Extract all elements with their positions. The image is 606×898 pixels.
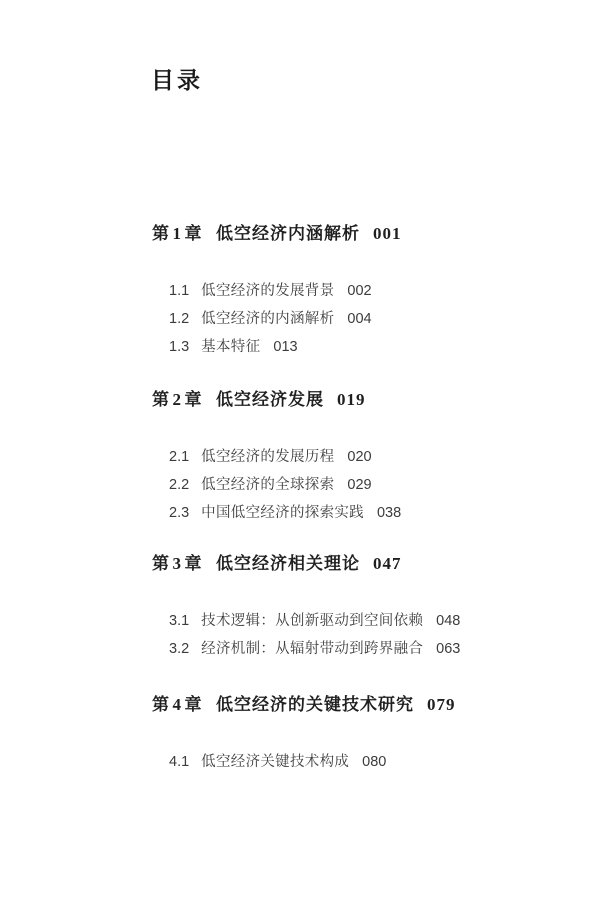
page-title: 目录 xyxy=(0,0,606,96)
toc-item-title: 低空经济的内涵解析 xyxy=(201,311,334,327)
toc-item-number: 1.2 xyxy=(169,305,189,333)
chapter-prefix: 第 xyxy=(152,554,170,573)
toc-item-title: 基本特征 xyxy=(201,339,260,355)
toc-item-number: 2.3 xyxy=(169,499,189,527)
chapter-page-number: 001 xyxy=(373,224,402,243)
chapter-suffix: 章 xyxy=(185,390,203,409)
toc-item: 1.2低空经济的内涵解析004 xyxy=(169,305,606,333)
chapter-prefix: 第 xyxy=(152,224,170,243)
toc-item: 1.1低空经济的发展背景002 xyxy=(169,277,606,305)
toc-item-page: 038 xyxy=(377,505,401,521)
chapter-title: 低空经济内涵解析 xyxy=(216,224,360,243)
toc-item: 4.1低空经济关键技术构成080 xyxy=(169,748,606,776)
toc-item-title: 技术逻辑：从创新驱动到空间依赖 xyxy=(201,613,423,629)
toc-item-page: 063 xyxy=(436,641,460,657)
toc-item-number: 2.1 xyxy=(169,443,189,471)
toc-item-title: 低空经济的发展背景 xyxy=(201,283,334,299)
chapter-heading: 第3章低空经济相关理论047 xyxy=(152,551,606,577)
toc-item-page: 020 xyxy=(347,449,371,465)
toc-item-number: 1.3 xyxy=(169,333,189,361)
chapter-items: 2.1低空经济的发展历程020 2.2低空经济的全球探索029 2.3中国低空经… xyxy=(0,443,606,527)
chapter-suffix: 章 xyxy=(185,554,203,573)
toc-item-page: 002 xyxy=(347,283,371,299)
toc-item: 3.2经济机制：从辐射带动到跨界融合063 xyxy=(169,635,606,663)
toc-item: 2.1低空经济的发展历程020 xyxy=(169,443,606,471)
toc-item-page: 080 xyxy=(362,754,386,770)
chapter-suffix: 章 xyxy=(185,224,203,243)
chapter-number: 2 xyxy=(170,390,185,409)
chapter-page-number: 079 xyxy=(427,695,456,714)
chapter-page-number: 047 xyxy=(373,554,402,573)
toc-chapter: 第1章低空经济内涵解析001 1.1低空经济的发展背景002 1.2低空经济的内… xyxy=(0,221,606,361)
toc-item-page: 004 xyxy=(347,311,371,327)
chapter-label: 第1章 xyxy=(152,221,202,247)
chapter-number: 1 xyxy=(170,224,185,243)
toc-item-page: 013 xyxy=(273,339,297,355)
toc-chapter: 第2章低空经济发展019 2.1低空经济的发展历程020 2.2低空经济的全球探… xyxy=(0,387,606,527)
toc-item-title: 经济机制：从辐射带动到跨界融合 xyxy=(201,641,423,657)
chapter-title: 低空经济相关理论 xyxy=(216,554,360,573)
chapter-title: 低空经济的关键技术研究 xyxy=(216,695,414,714)
chapter-label: 第2章 xyxy=(152,387,202,413)
toc-chapter: 第3章低空经济相关理论047 3.1技术逻辑：从创新驱动到空间依赖048 3.2… xyxy=(0,551,606,663)
chapter-prefix: 第 xyxy=(152,695,170,714)
toc-item-title: 低空经济关键技术构成 xyxy=(201,754,349,770)
chapter-title: 低空经济发展 xyxy=(216,390,324,409)
toc-chapter: 第4章低空经济的关键技术研究079 4.1低空经济关键技术构成080 xyxy=(0,692,606,776)
chapter-heading: 第4章低空经济的关键技术研究079 xyxy=(152,692,606,718)
toc-page: 目录 第1章低空经济内涵解析001 1.1低空经济的发展背景002 1.2低空经… xyxy=(0,0,606,898)
chapter-suffix: 章 xyxy=(185,695,203,714)
toc-item-title: 中国低空经济的探索实践 xyxy=(201,505,364,521)
toc-item-number: 1.1 xyxy=(169,277,189,305)
chapter-label: 第4章 xyxy=(152,692,202,718)
toc-item-number: 3.1 xyxy=(169,607,189,635)
chapter-page-number: 019 xyxy=(337,390,366,409)
chapter-prefix: 第 xyxy=(152,390,170,409)
toc-item-title: 低空经济的发展历程 xyxy=(201,449,334,465)
chapter-items: 1.1低空经济的发展背景002 1.2低空经济的内涵解析004 1.3基本特征0… xyxy=(0,277,606,361)
toc-item-number: 2.2 xyxy=(169,471,189,499)
toc-item-page: 048 xyxy=(436,613,460,629)
chapter-heading: 第2章低空经济发展019 xyxy=(152,387,606,413)
chapter-label: 第3章 xyxy=(152,551,202,577)
toc-item: 1.3基本特征013 xyxy=(169,333,606,361)
toc-item-number: 4.1 xyxy=(169,748,189,776)
chapter-number: 3 xyxy=(170,554,185,573)
toc-item-page: 029 xyxy=(347,477,371,493)
chapter-items: 4.1低空经济关键技术构成080 xyxy=(0,748,606,776)
chapter-number: 4 xyxy=(170,695,185,714)
toc-item-number: 3.2 xyxy=(169,635,189,663)
toc-item: 2.2低空经济的全球探索029 xyxy=(169,471,606,499)
toc-item-title: 低空经济的全球探索 xyxy=(201,477,334,493)
toc-item: 3.1技术逻辑：从创新驱动到空间依赖048 xyxy=(169,607,606,635)
chapter-heading: 第1章低空经济内涵解析001 xyxy=(152,221,606,247)
chapter-items: 3.1技术逻辑：从创新驱动到空间依赖048 3.2经济机制：从辐射带动到跨界融合… xyxy=(0,607,606,663)
toc-item: 2.3中国低空经济的探索实践038 xyxy=(169,499,606,527)
